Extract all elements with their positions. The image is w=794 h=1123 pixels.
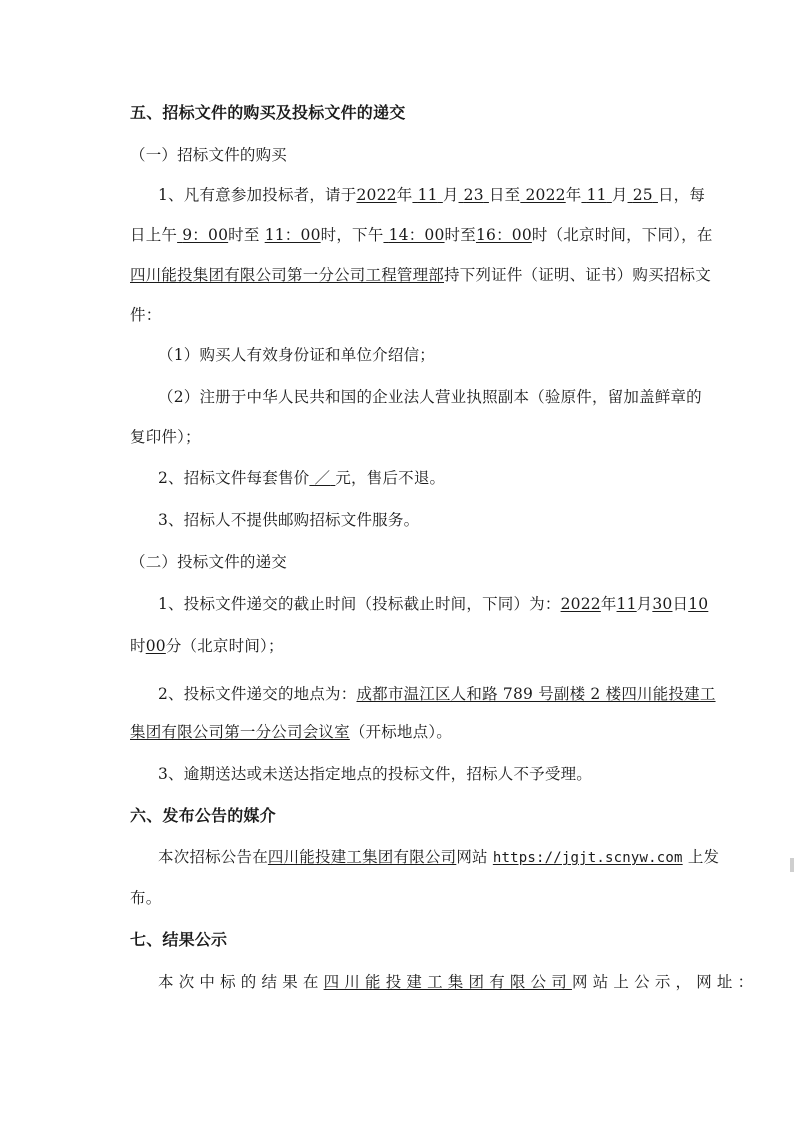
text: 持下列证件（证明、证书）购买招标文 xyxy=(444,266,711,284)
company-name-link: 四川能投建工集团有限公司 xyxy=(268,848,456,866)
end-month: 11 xyxy=(581,186,611,204)
am-start-time: 9：00 xyxy=(177,226,228,244)
purchase-location: 四川能投集团有限公司第一分公司工程管理部 xyxy=(130,266,444,284)
pm-end-time: 16：00 xyxy=(476,226,532,244)
text: 日至 xyxy=(489,186,520,204)
purchase-location-line: 四川能投集团有限公司第一分公司工程管理部持下列证件（证明、证书）购买招标文 xyxy=(130,265,686,285)
text: 时（北京时间，下同），在 xyxy=(532,226,713,244)
text: 时 xyxy=(130,637,146,655)
deadline-minute: 00 xyxy=(146,637,166,655)
text: 日上午 xyxy=(130,226,177,244)
bid-location-line2: 集团有限公司第一分公司会议室（开标地点）。 xyxy=(130,722,686,742)
bid-address-part1: 成都市温江区人和路 789 号副楼 2 楼四川能投建工 xyxy=(356,685,715,703)
text: 月 xyxy=(612,186,628,204)
text: 年 xyxy=(601,595,617,613)
text: 分（北京时间）； xyxy=(166,637,284,655)
required-document-1: （1）购买人有效身份证和单位介绍信； xyxy=(130,345,686,365)
late-submission-line: 3、逾期送达或未送达指定地点的投标文件，招标人不予受理。 xyxy=(130,764,686,784)
end-day: 25 xyxy=(628,186,658,204)
text: 本次招标公告在 xyxy=(158,848,268,866)
pm-start-time: 14：00 xyxy=(383,226,444,244)
publication-media-line2: 布。 xyxy=(130,888,686,908)
end-year: 2022 xyxy=(520,186,565,204)
subsection-1-heading: （一）招标文件的购买 xyxy=(130,145,686,165)
no-mail-order-line: 3、招标人不提供邮购招标文件服务。 xyxy=(130,510,686,530)
text: （开标地点）。 xyxy=(350,723,452,741)
bid-location-line1: 2、投标文件递交的地点为：成都市温江区人和路 789 号副楼 2 楼四川能投建工 xyxy=(130,684,686,704)
text: 时，下午 xyxy=(321,226,384,244)
deadline-month: 11 xyxy=(617,595,637,613)
text: 时至 xyxy=(228,226,259,244)
purchase-period-line2: 日上午 9：00时至 11：00时，下午 14：00时至16：00时（北京时间，… xyxy=(130,225,686,245)
publication-media-line1: 本次招标公告在四川能投建工集团有限公司网站 https://jgjt.scnyw… xyxy=(130,847,686,868)
text: 2、投标文件递交的地点为： xyxy=(158,685,356,703)
purchase-period-line1: 1、凡有意参加投标者，请于2022年 11 月 23 日至 2022年 11 月… xyxy=(130,185,686,205)
section-7-heading: 七、结果公示 xyxy=(130,930,686,950)
text: 年 xyxy=(397,186,413,204)
text: 日，每 xyxy=(658,186,705,204)
section-6-heading: 六、发布公告的媒介 xyxy=(130,806,686,826)
section-5-heading: 五、招标文件的购买及投标文件的递交 xyxy=(130,103,686,123)
text: 网站上公示，网址： xyxy=(572,973,758,991)
text: 元，售后不退。 xyxy=(335,469,445,487)
document-page: 五、招标文件的购买及投标文件的递交 （一）招标文件的购买 1、凡有意参加投标者，… xyxy=(0,0,794,1123)
text: 时至 xyxy=(445,226,476,244)
deadline-hour: 10 xyxy=(688,595,708,613)
subsection-2-heading: （二）投标文件的递交 xyxy=(130,552,686,572)
text: 上发 xyxy=(688,848,719,866)
required-document-2-line1: （2）注册于中华人民共和国的企业法人营业执照副本（验原件，留加盖鲜章的 xyxy=(130,387,686,407)
required-document-2-line2: 复印件）； xyxy=(130,427,686,447)
text: 本次中标的结果在 xyxy=(158,973,324,991)
bid-deadline-line1: 1、投标文件递交的截止时间（投标截止时间，下同）为：2022年11月30日10 xyxy=(130,594,686,614)
am-end-time: 11：00 xyxy=(265,226,321,244)
bid-deadline-line2: 时00分（北京时间）； xyxy=(130,636,686,656)
text: 网站 xyxy=(456,848,487,866)
start-month: 11 xyxy=(412,186,442,204)
document-price-line: 2、招标文件每套售价 ／ 元，售后不退。 xyxy=(130,468,686,488)
text: 月 xyxy=(637,595,653,613)
text: 月 xyxy=(443,186,459,204)
start-day: 23 xyxy=(459,186,489,204)
deadline-day: 30 xyxy=(652,595,672,613)
purchase-line4: 件： xyxy=(130,305,686,325)
result-announcement-line: 本次中标的结果在四川能投建工集团有限公司网站上公示，网址： xyxy=(130,972,686,992)
scan-edge-mark xyxy=(790,858,794,872)
text: 1、凡有意参加投标者，请于 xyxy=(158,186,356,204)
start-year: 2022 xyxy=(356,186,396,204)
document-price: ／ xyxy=(309,469,335,487)
text: 1、投标文件递交的截止时间（投标截止时间，下同）为： xyxy=(158,595,561,613)
text: 年 xyxy=(566,186,582,204)
website-url-link[interactable]: https://jgjt.scnyw.com xyxy=(493,850,683,866)
bid-address-part2: 集团有限公司第一分公司会议室 xyxy=(130,723,350,741)
company-name-link-2: 四川能投建工集团有限公司 xyxy=(324,973,572,991)
deadline-year: 2022 xyxy=(561,595,601,613)
text: 日 xyxy=(672,595,688,613)
text: 2、招标文件每套售价 xyxy=(158,469,309,487)
